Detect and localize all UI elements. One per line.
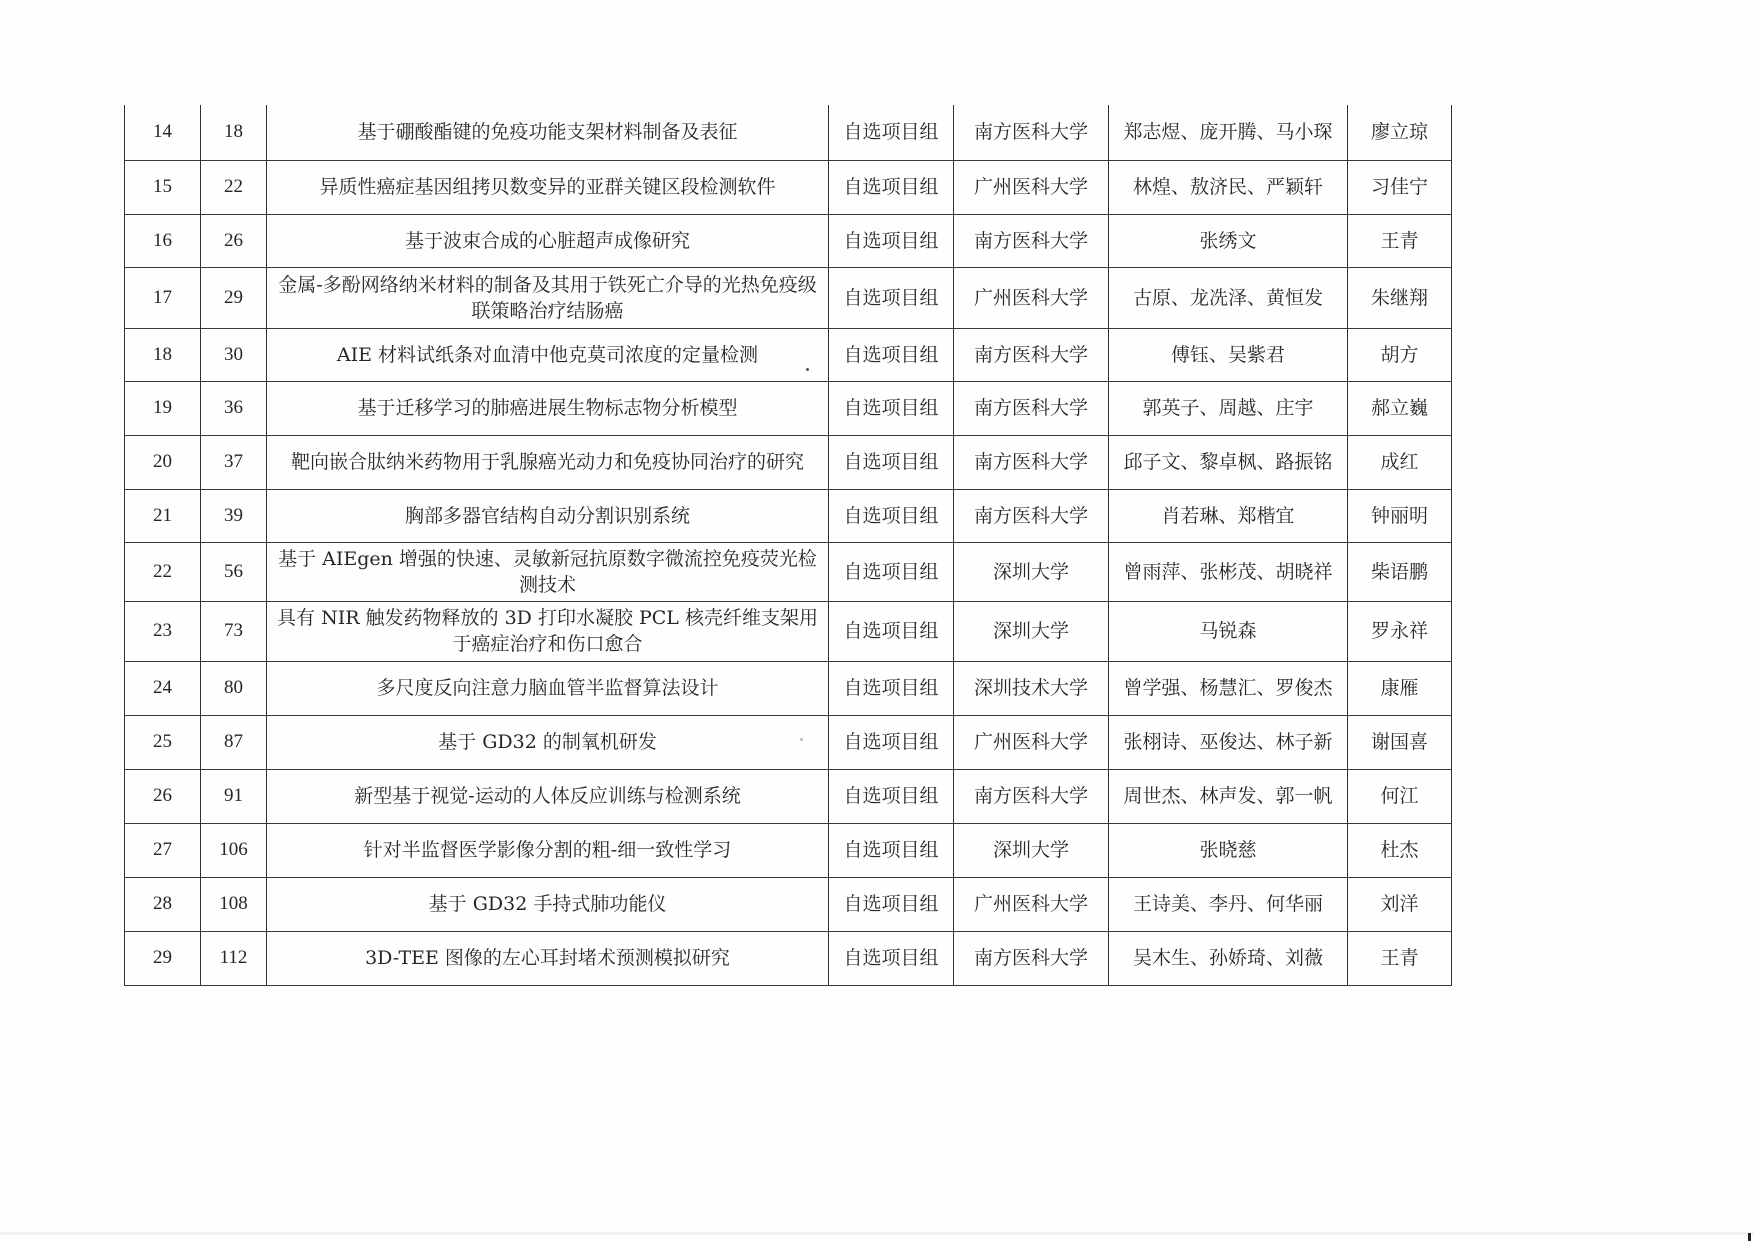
table-row: 1729金属-多酚网络纳米材料的制备及其用于铁死亡介导的光热免疫级联策略治疗结肠…: [125, 267, 1452, 328]
table-row: 27106针对半监督医学影像分割的粗-细一致性学习自选项目组深圳大学张晓慈杜杰: [125, 823, 1452, 877]
row-members-cell: 吴木生、孙娇琦、刘薇: [1109, 931, 1348, 985]
row-project-id-cell: 73: [201, 601, 267, 661]
row-advisor-cell: 钟丽明: [1348, 489, 1452, 542]
row-group-cell: 自选项目组: [829, 542, 954, 601]
table-row: 2037靶向嵌合肽纳米药物用于乳腺癌光动力和免疫协同治疗的研究自选项目组南方医科…: [125, 435, 1452, 489]
row-school-cell: 南方医科大学: [954, 931, 1109, 985]
scan-speck: [800, 738, 803, 741]
row-project-id-cell: 36: [201, 381, 267, 435]
row-project-id-cell: 18: [201, 105, 267, 160]
table-row: 2373具有 NIR 触发药物释放的 3D 打印水凝胶 PCL 核壳纤维支架用于…: [125, 601, 1452, 661]
row-advisor-cell: 习佳宁: [1348, 160, 1452, 214]
row-school-cell: 广州医科大学: [954, 715, 1109, 769]
row-school-cell: 南方医科大学: [954, 214, 1109, 267]
row-school-cell: 南方医科大学: [954, 381, 1109, 435]
row-group-cell: 自选项目组: [829, 435, 954, 489]
row-group-cell: 自选项目组: [829, 489, 954, 542]
row-group-cell: 自选项目组: [829, 328, 954, 381]
table-row: 1418基于硼酸酯键的免疫功能支架材料制备及表征自选项目组南方医科大学郑志煜、庞…: [125, 105, 1452, 160]
row-members-cell: 郭英子、周越、庄宇: [1109, 381, 1348, 435]
row-group-cell: 自选项目组: [829, 381, 954, 435]
table-row: 2139胸部多器官结构自动分割识别系统自选项目组南方医科大学肖若琳、郑楷宜钟丽明: [125, 489, 1452, 542]
row-members-cell: 郑志煜、庞开腾、马小琛: [1109, 105, 1348, 160]
row-group-cell: 自选项目组: [829, 661, 954, 715]
scan-speck: [806, 368, 809, 371]
row-seq-cell: 29: [125, 931, 201, 985]
row-group-cell: 自选项目组: [829, 105, 954, 160]
row-members-cell: 傅钰、吴紫君: [1109, 328, 1348, 381]
table-row: 1936基于迁移学习的肺癌进展生物标志物分析模型自选项目组南方医科大学郭英子、周…: [125, 381, 1452, 435]
table-row: 28108基于 GD32 手持式肺功能仪自选项目组广州医科大学王诗美、李丹、何华…: [125, 877, 1452, 931]
row-seq-cell: 17: [125, 267, 201, 328]
row-project-id-cell: 30: [201, 328, 267, 381]
scanned-page: 1418基于硼酸酯键的免疫功能支架材料制备及表征自选项目组南方医科大学郑志煜、庞…: [0, 0, 1754, 1241]
row-seq-cell: 28: [125, 877, 201, 931]
row-project-id-cell: 112: [201, 931, 267, 985]
row-project-id-cell: 87: [201, 715, 267, 769]
row-project-id-cell: 106: [201, 823, 267, 877]
row-members-cell: 林煌、敖济民、严颖轩: [1109, 160, 1348, 214]
table-row: 1522异质性癌症基因组拷贝数变异的亚群关键区段检测软件自选项目组广州医科大学林…: [125, 160, 1452, 214]
table-row: 2256基于 AIEgen 增强的快速、灵敏新冠抗原数字微流控免疫荧光检测技术自…: [125, 542, 1452, 601]
row-advisor-cell: 成红: [1348, 435, 1452, 489]
row-school-cell: 广州医科大学: [954, 877, 1109, 931]
row-project-id-cell: 22: [201, 160, 267, 214]
row-project-title-cell: 具有 NIR 触发药物释放的 3D 打印水凝胶 PCL 核壳纤维支架用于癌症治疗…: [267, 601, 829, 661]
row-school-cell: 广州医科大学: [954, 267, 1109, 328]
table-row: 1626基于波束合成的心脏超声成像研究自选项目组南方医科大学张绣文王青: [125, 214, 1452, 267]
table-row: 2587基于 GD32 的制氧机研发自选项目组广州医科大学张栩诗、巫俊达、林子新…: [125, 715, 1452, 769]
row-advisor-cell: 王青: [1348, 214, 1452, 267]
row-advisor-cell: 何江: [1348, 769, 1452, 823]
row-advisor-cell: 杜杰: [1348, 823, 1452, 877]
row-advisor-cell: 谢国喜: [1348, 715, 1452, 769]
row-seq-cell: 22: [125, 542, 201, 601]
row-advisor-cell: 刘洋: [1348, 877, 1452, 931]
table-row: 2480多尺度反向注意力脑血管半监督算法设计自选项目组深圳技术大学曾学强、杨慧汇…: [125, 661, 1452, 715]
row-project-id-cell: 29: [201, 267, 267, 328]
row-project-title-cell: AIE 材料试纸条对血清中他克莫司浓度的定量检测: [267, 328, 829, 381]
row-seq-cell: 16: [125, 214, 201, 267]
row-seq-cell: 20: [125, 435, 201, 489]
row-project-title-cell: 基于波束合成的心脏超声成像研究: [267, 214, 829, 267]
project-roster-table: 1418基于硼酸酯键的免疫功能支架材料制备及表征自选项目组南方医科大学郑志煜、庞…: [124, 105, 1452, 986]
row-project-id-cell: 91: [201, 769, 267, 823]
row-seq-cell: 15: [125, 160, 201, 214]
row-school-cell: 南方医科大学: [954, 105, 1109, 160]
row-advisor-cell: 柴语鹏: [1348, 542, 1452, 601]
row-seq-cell: 19: [125, 381, 201, 435]
row-group-cell: 自选项目组: [829, 931, 954, 985]
row-seq-cell: 18: [125, 328, 201, 381]
row-members-cell: 张栩诗、巫俊达、林子新: [1109, 715, 1348, 769]
row-project-id-cell: 108: [201, 877, 267, 931]
row-members-cell: 曾雨萍、张彬茂、胡晓祥: [1109, 542, 1348, 601]
row-advisor-cell: 王青: [1348, 931, 1452, 985]
row-seq-cell: 26: [125, 769, 201, 823]
row-group-cell: 自选项目组: [829, 877, 954, 931]
row-group-cell: 自选项目组: [829, 267, 954, 328]
row-school-cell: 南方医科大学: [954, 769, 1109, 823]
row-project-title-cell: 针对半监督医学影像分割的粗-细一致性学习: [267, 823, 829, 877]
row-group-cell: 自选项目组: [829, 601, 954, 661]
row-project-id-cell: 56: [201, 542, 267, 601]
row-school-cell: 深圳大学: [954, 823, 1109, 877]
row-project-title-cell: 金属-多酚网络纳米材料的制备及其用于铁死亡介导的光热免疫级联策略治疗结肠癌: [267, 267, 829, 328]
row-advisor-cell: 康雁: [1348, 661, 1452, 715]
row-members-cell: 马锐森: [1109, 601, 1348, 661]
row-school-cell: 深圳大学: [954, 542, 1109, 601]
row-seq-cell: 24: [125, 661, 201, 715]
row-project-id-cell: 37: [201, 435, 267, 489]
row-members-cell: 曾学强、杨慧汇、罗俊杰: [1109, 661, 1348, 715]
roster-body: 1418基于硼酸酯键的免疫功能支架材料制备及表征自选项目组南方医科大学郑志煜、庞…: [125, 105, 1452, 985]
row-advisor-cell: 朱继翔: [1348, 267, 1452, 328]
table-row: 1830AIE 材料试纸条对血清中他克莫司浓度的定量检测自选项目组南方医科大学傅…: [125, 328, 1452, 381]
row-group-cell: 自选项目组: [829, 769, 954, 823]
row-school-cell: 南方医科大学: [954, 435, 1109, 489]
row-project-title-cell: 基于迁移学习的肺癌进展生物标志物分析模型: [267, 381, 829, 435]
table-row: 2691新型基于视觉-运动的人体反应训练与检测系统自选项目组南方医科大学周世杰、…: [125, 769, 1452, 823]
table-row: 291123D-TEE 图像的左心耳封堵术预测模拟研究自选项目组南方医科大学吴木…: [125, 931, 1452, 985]
row-project-title-cell: 靶向嵌合肽纳米药物用于乳腺癌光动力和免疫协同治疗的研究: [267, 435, 829, 489]
row-project-id-cell: 26: [201, 214, 267, 267]
row-members-cell: 古原、龙冼泽、黄恒发: [1109, 267, 1348, 328]
row-project-title-cell: 胸部多器官结构自动分割识别系统: [267, 489, 829, 542]
row-project-title-cell: 基于 GD32 的制氧机研发: [267, 715, 829, 769]
row-project-title-cell: 基于硼酸酯键的免疫功能支架材料制备及表征: [267, 105, 829, 160]
row-seq-cell: 27: [125, 823, 201, 877]
row-project-title-cell: 基于 AIEgen 增强的快速、灵敏新冠抗原数字微流控免疫荧光检测技术: [267, 542, 829, 601]
row-project-id-cell: 39: [201, 489, 267, 542]
row-seq-cell: 21: [125, 489, 201, 542]
row-members-cell: 张绣文: [1109, 214, 1348, 267]
row-group-cell: 自选项目组: [829, 715, 954, 769]
row-group-cell: 自选项目组: [829, 214, 954, 267]
row-members-cell: 邱子文、黎卓枫、路振铭: [1109, 435, 1348, 489]
row-group-cell: 自选项目组: [829, 160, 954, 214]
row-project-title-cell: 3D-TEE 图像的左心耳封堵术预测模拟研究: [267, 931, 829, 985]
row-school-cell: 广州医科大学: [954, 160, 1109, 214]
row-members-cell: 张晓慈: [1109, 823, 1348, 877]
row-advisor-cell: 廖立琼: [1348, 105, 1452, 160]
scan-bottom-edge: [0, 1232, 1754, 1235]
row-advisor-cell: 胡方: [1348, 328, 1452, 381]
row-project-title-cell: 多尺度反向注意力脑血管半监督算法设计: [267, 661, 829, 715]
row-school-cell: 南方医科大学: [954, 328, 1109, 381]
scan-edge-mark: [1748, 1233, 1751, 1241]
row-advisor-cell: 郝立巍: [1348, 381, 1452, 435]
row-project-title-cell: 基于 GD32 手持式肺功能仪: [267, 877, 829, 931]
row-group-cell: 自选项目组: [829, 823, 954, 877]
row-seq-cell: 25: [125, 715, 201, 769]
row-members-cell: 周世杰、林声发、郭一帆: [1109, 769, 1348, 823]
row-members-cell: 王诗美、李丹、何华丽: [1109, 877, 1348, 931]
row-project-title-cell: 异质性癌症基因组拷贝数变异的亚群关键区段检测软件: [267, 160, 829, 214]
row-school-cell: 南方医科大学: [954, 489, 1109, 542]
row-project-title-cell: 新型基于视觉-运动的人体反应训练与检测系统: [267, 769, 829, 823]
row-school-cell: 深圳大学: [954, 601, 1109, 661]
row-school-cell: 深圳技术大学: [954, 661, 1109, 715]
row-seq-cell: 23: [125, 601, 201, 661]
row-seq-cell: 14: [125, 105, 201, 160]
row-advisor-cell: 罗永祥: [1348, 601, 1452, 661]
row-members-cell: 肖若琳、郑楷宜: [1109, 489, 1348, 542]
row-project-id-cell: 80: [201, 661, 267, 715]
